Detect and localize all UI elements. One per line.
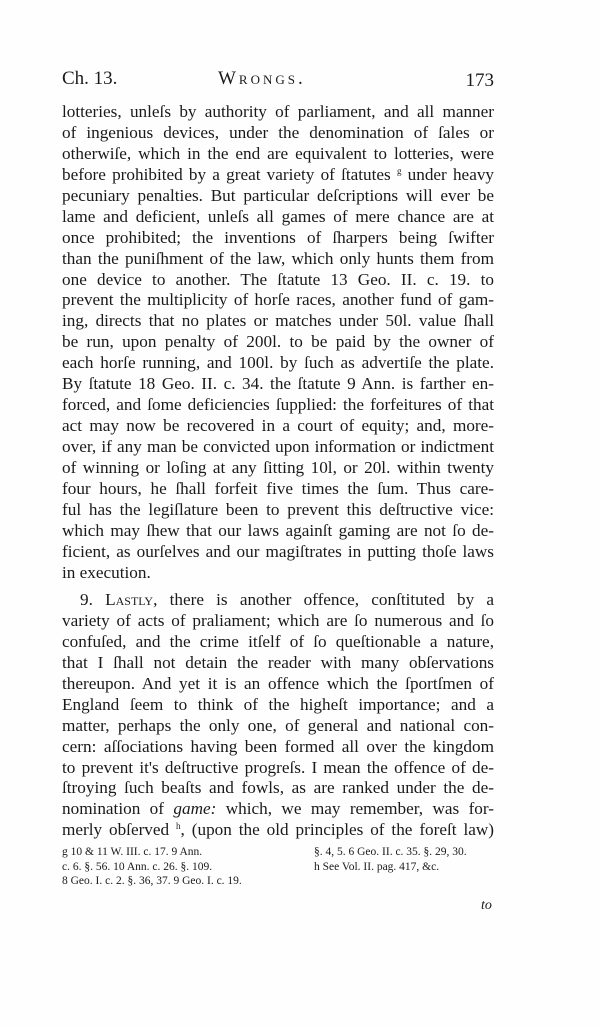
footnote-g-part-1: g 10 & 11 W. III. c. 17. 9 Ann. [62, 845, 202, 860]
text-line: England ſeem to think of the higheſt imp… [62, 695, 494, 716]
footnotes: g 10 & 11 W. III. c. 17. 9 Ann. §. 4, 5.… [62, 845, 498, 889]
text-line: ful has the legiſlature been to prevent … [62, 500, 494, 521]
text-line: thereupon. And yet it is an offence whic… [62, 674, 494, 695]
paragraph-game-offence: 9. Lastly, there is another offence, con… [62, 590, 494, 841]
text-line: forced, and ſome deficiencies ſupplied: … [62, 395, 494, 416]
text-line: ficient, as ourſelves and our magiſtrate… [62, 542, 494, 563]
footnote-row: c. 6. §. 56. 10 Ann. c. 26. §. 109. h Se… [62, 860, 498, 875]
page-number: 173 [466, 70, 495, 92]
text-line: once prohibited; the inventions of ſharp… [62, 228, 494, 249]
footnote-g-part-3: c. 6. §. 56. 10 Ann. c. 26. §. 109. [62, 860, 212, 875]
running-head: Ch. 13. Wrongs. 173 [62, 68, 494, 94]
text-line: pecuniary penalties. But particular deſc… [62, 186, 494, 207]
text-fragment: before prohibited by a great variety of … [62, 165, 391, 184]
footnote-marker-g: g [397, 166, 402, 176]
text-line: four hours, he ſhall forfeit five times … [62, 479, 494, 500]
text-line: prevent the multiplicity of horſe races,… [62, 290, 494, 311]
text-line: confuſed, and the crime itſelf of ſo que… [62, 632, 494, 653]
text-line: that I ſhall not detain the reader with … [62, 653, 494, 674]
chapter-label: Ch. 13. [62, 68, 117, 90]
text-fragment: , (upon the old principles of the foreſt… [181, 820, 494, 839]
footnote-g-part-2: §. 4, 5. 6 Geo. II. c. 35. §. 29, 30. [314, 845, 467, 860]
footnote-row: 8 Geo. I. c. 2. §. 36, 37. 9 Geo. I. c. … [62, 874, 498, 889]
text-fragment: merly obſerved [62, 820, 169, 839]
text-fragment: nomination of [62, 799, 164, 818]
text-line: lame and deficient, unleſs all games of … [62, 207, 494, 228]
text-line: to prevent it's deſtructive progreſs. I … [62, 758, 494, 779]
text-line: of winning or loſing at any ſitting 10l,… [62, 458, 494, 479]
text-line: in execution. [62, 563, 494, 584]
lead-word: Lastly, [105, 590, 157, 609]
italic-term-game: game: [173, 799, 216, 818]
text-line: cern: aſſociations having been formed al… [62, 737, 494, 758]
text-line: By ſtatute 18 Geo. II. c. 34. the ſtatut… [62, 374, 494, 395]
text-line: matter, perhaps the only one, of general… [62, 716, 494, 737]
footnote-g-part-4: 8 Geo. I. c. 2. §. 36, 37. 9 Geo. I. c. … [62, 874, 242, 889]
text-line-with-footnote: merly obſerved h, (upon the old principl… [62, 820, 494, 841]
text-line: act may now be recovered in a court of e… [62, 416, 494, 437]
text-fragment: which, we may remember, was for- [226, 799, 494, 818]
footnote-h: h See Vol. II. pag. 417, &c. [314, 860, 439, 875]
text-line-first: 9. Lastly, there is another offence, con… [62, 590, 494, 611]
book-page: Ch. 13. Wrongs. 173 lotteries, unleſs by… [0, 0, 600, 1028]
text-line: lotteries, unleſs by authority of parlia… [62, 102, 494, 123]
text-line: ing, directs that no plates or matches u… [62, 311, 494, 332]
text-line: which may ſhew that our laws againſt gam… [62, 521, 494, 542]
text-line: each horſe running, and 100l. by ſuch as… [62, 353, 494, 374]
footnote-row: g 10 & 11 W. III. c. 17. 9 Ann. §. 4, 5.… [62, 845, 498, 860]
text-line: otherwiſe, which in the end are equivale… [62, 144, 494, 165]
text-line: over, if any man be convicted upon infor… [62, 437, 494, 458]
paragraph-gaming-statutes: lotteries, unleſs by authority of parlia… [62, 102, 494, 584]
catchword: to [481, 898, 492, 914]
running-title: Wrongs. [218, 68, 306, 90]
text-fragment: there is another offence, conſtituted by… [170, 590, 494, 609]
text-line: one device to another. The ſtatute 13 Ge… [62, 270, 494, 291]
text-line: be run, upon penalty of 200l. to be paid… [62, 332, 494, 353]
text-fragment: under heavy [408, 165, 494, 184]
text-line-with-italic: nomination of game: which, we may rememb… [62, 799, 494, 820]
text-line: of ingenious devices, under the denomina… [62, 123, 494, 144]
text-line: variety of acts of praliament; which are… [62, 611, 494, 632]
text-line-with-footnote: before prohibited by a great variety of … [62, 165, 494, 186]
text-line: than the puniſhment of the law, which on… [62, 249, 494, 270]
text-line: ſtroying ſuch beaſts and fowls, as are r… [62, 778, 494, 799]
section-number: 9. [80, 590, 93, 609]
